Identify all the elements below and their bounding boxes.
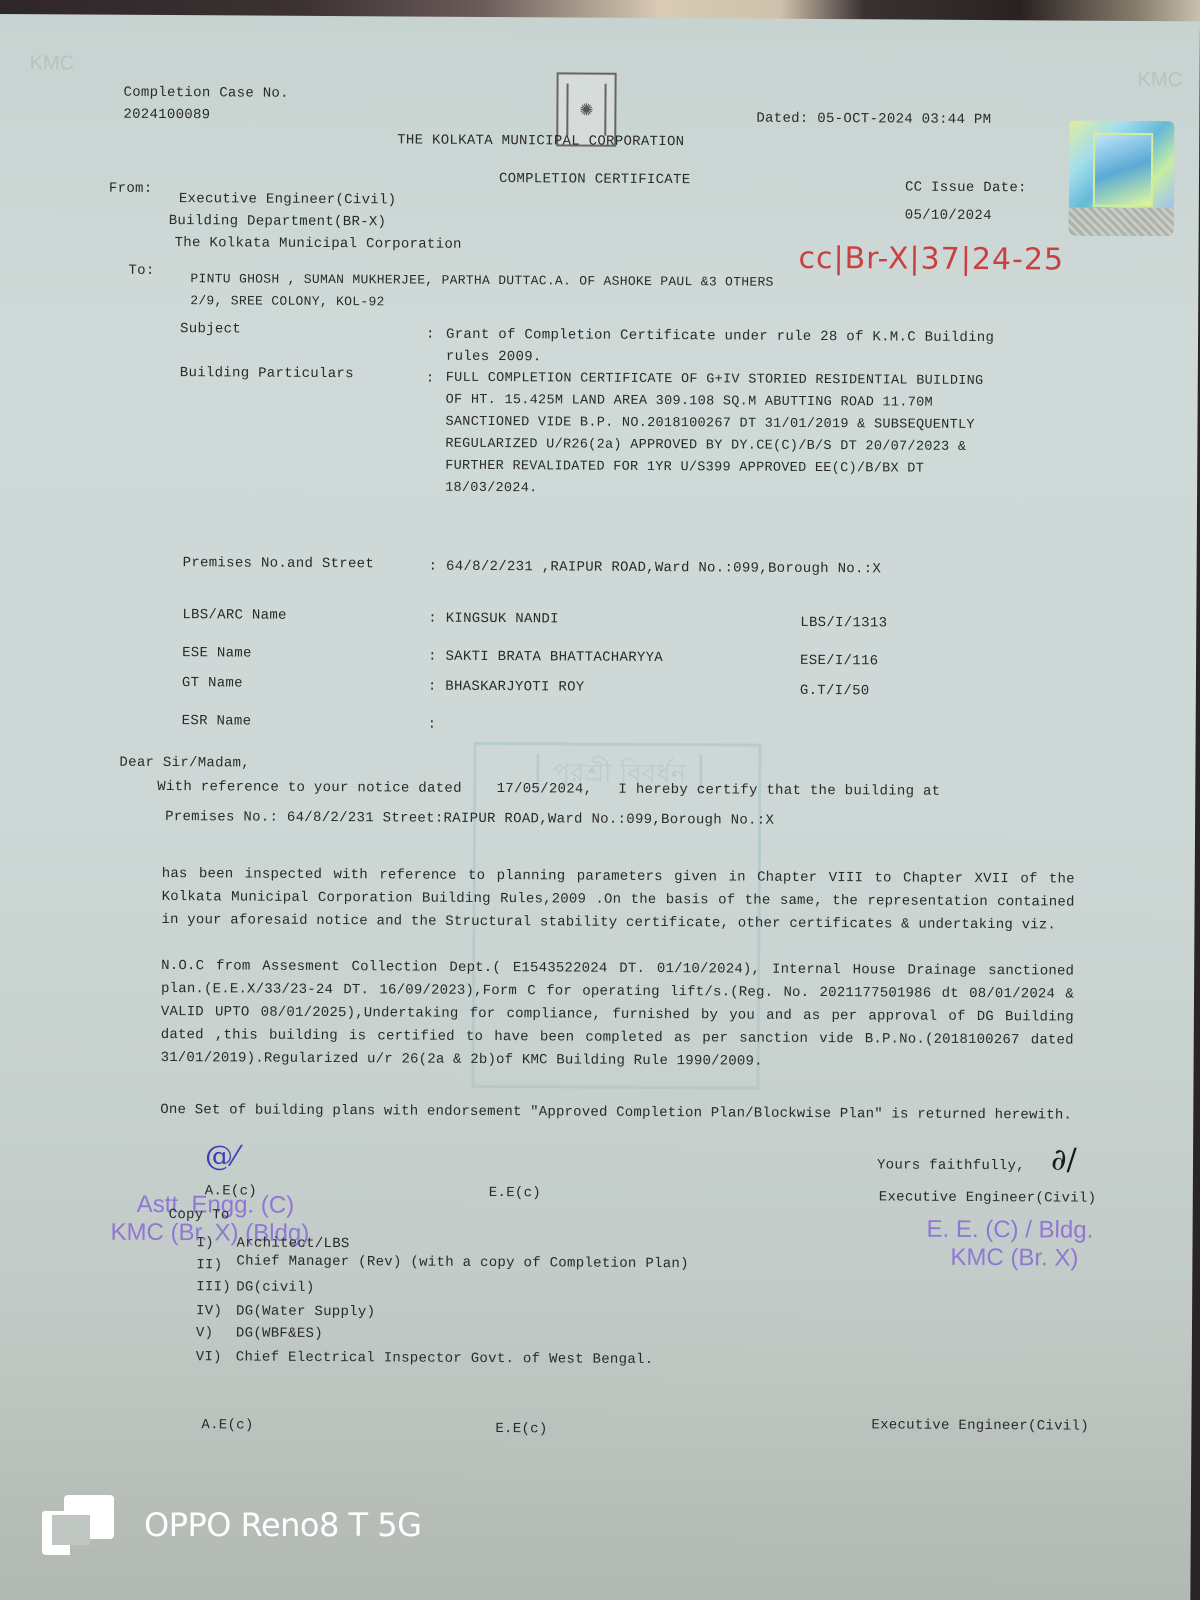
ee-signature: ∂∕ bbox=[1051, 1142, 1077, 1177]
hologram-sticker-icon bbox=[1069, 121, 1175, 237]
field-label: GT Name bbox=[182, 675, 243, 691]
stamp-right-line-2: KMC (Br. X) bbox=[950, 1244, 1078, 1273]
field-value: : bbox=[428, 717, 437, 733]
letter-paragraph-2: N.O.C from Assesment Collection Dept.( E… bbox=[161, 955, 1075, 1076]
case-label: Completion Case No. bbox=[123, 85, 288, 102]
footer-exec-label: Executive Engineer(Civil) bbox=[871, 1417, 1089, 1434]
kmc-watermark-left: KMC bbox=[30, 52, 75, 75]
copy-to-item: DG(WBF&ES) bbox=[236, 1325, 323, 1342]
letter-paragraph-3: One Set of building plans with endorseme… bbox=[160, 1099, 1073, 1128]
case-number: 2024100089 bbox=[123, 107, 210, 124]
handwritten-reference: cc|Br-X|37|24-25 bbox=[798, 241, 1064, 278]
doc-title: COMPLETION CERTIFICATE bbox=[499, 171, 691, 188]
field-label: ESR Name bbox=[182, 713, 252, 729]
copy-to-item: Chief Electrical Inspector Govt. of West… bbox=[236, 1349, 654, 1368]
subject-colon: : bbox=[426, 327, 435, 343]
field-label: ESE Name bbox=[182, 645, 252, 661]
ae-initials-signature: @⁄ bbox=[205, 1139, 238, 1172]
copy-to-item: DG(Water Supply) bbox=[236, 1303, 375, 1320]
footer-ee-label: E.E(c) bbox=[495, 1421, 547, 1437]
to-label: To: bbox=[128, 263, 154, 279]
subject-line-1: Grant of Completion Certificate under ru… bbox=[446, 327, 994, 346]
from-label: From: bbox=[109, 181, 153, 197]
field-value: : 64/8/2/231 ,RAIPUR ROAD,Ward No.:099,B… bbox=[429, 559, 882, 578]
subject-label: Subject bbox=[180, 321, 241, 337]
letter-premises: Premises No.: 64/8/2/231 Street:RAIPUR R… bbox=[165, 809, 774, 829]
field-code: ESE/I/116 bbox=[800, 653, 878, 669]
particulars-colon: : bbox=[426, 371, 435, 387]
letter-intro: With reference to your notice dated 17/0… bbox=[157, 779, 940, 800]
letter-paragraph-1: has been inspected with reference to pla… bbox=[161, 863, 1074, 938]
certificate-paper: KMC KMC Completion Case No. 2024100089 ✺… bbox=[0, 14, 1200, 1600]
particulars-label: Building Particulars bbox=[180, 365, 354, 382]
field-label: Premises No.and Street bbox=[183, 555, 375, 572]
camera-watermark: OPPO Reno8 T 5G bbox=[42, 1495, 421, 1555]
from-line-2: Building Department(BR-X) bbox=[169, 213, 387, 230]
kmc-watermark-right: KMC bbox=[1138, 69, 1183, 92]
field-code: G.T/I/50 bbox=[800, 683, 870, 699]
copy-to-number: IV) bbox=[196, 1303, 222, 1319]
camera-watermark-text: OPPO Reno8 T 5G bbox=[144, 1506, 421, 1544]
ee-label: E.E(c) bbox=[489, 1185, 541, 1201]
copy-to-label: Copy To bbox=[169, 1207, 230, 1223]
copy-to-item: Architect/LBS bbox=[236, 1235, 349, 1252]
copy-to-number: II) bbox=[196, 1257, 222, 1273]
subject-line-2: rules 2009. bbox=[446, 349, 542, 366]
field-code: LBS/I/1313 bbox=[800, 615, 887, 632]
field-value: : SAKTI BRATA BHATTACHARYYA bbox=[428, 649, 663, 666]
copy-to-item: Chief Manager (Rev) (with a copy of Comp… bbox=[236, 1253, 689, 1272]
field-value: : KINGSUK NANDI bbox=[428, 611, 559, 628]
dated: Dated: 05-OCT-2024 03:44 PM bbox=[756, 111, 991, 128]
exec-engineer-label: Executive Engineer(Civil) bbox=[879, 1189, 1097, 1206]
copy-to-number: III) bbox=[196, 1279, 231, 1295]
field-label: LBS/ARC Name bbox=[182, 607, 287, 624]
particulars-line: FULL COMPLETION CERTIFICATE OF G+IV STOR… bbox=[446, 371, 984, 389]
particulars-line: 18/03/2024. bbox=[445, 481, 538, 497]
to-line-1: PINTU GHOSH , SUMAN MUKHERJEE, PARTHA DU… bbox=[190, 271, 773, 290]
copy-to-number: VI) bbox=[196, 1349, 222, 1365]
salutation: Dear Sir/Madam, bbox=[119, 755, 250, 772]
from-line-3: The Kolkata Municipal Corporation bbox=[175, 235, 462, 253]
cc-issue-date: 05/10/2024 bbox=[905, 208, 992, 225]
yours-faithfully: Yours faithfully, bbox=[877, 1157, 1025, 1174]
copy-to-number: V) bbox=[196, 1325, 214, 1341]
particulars-line: SANCTIONED VIDE B.P. NO.2018100267 DT 31… bbox=[445, 415, 974, 433]
to-line-2: 2/9, SREE COLONY, KOL-92 bbox=[190, 293, 385, 309]
particulars-line: FURTHER REVALIDATED FOR 1YR U/S399 APPRO… bbox=[445, 459, 924, 477]
camera-brand-icon bbox=[42, 1495, 114, 1555]
copy-to-number: I) bbox=[196, 1235, 214, 1251]
particulars-line: REGULARIZED U/R26(2a) APPROVED BY DY.CE(… bbox=[445, 437, 966, 455]
from-line-1: Executive Engineer(Civil) bbox=[179, 191, 397, 208]
field-value: : BHASKARJYOTI ROY bbox=[428, 679, 585, 696]
stamp-right-line-1: E. E. (C) / Bldg. bbox=[927, 1216, 1094, 1245]
org-name: THE KOLKATA MUNICIPAL CORPORATION bbox=[397, 132, 684, 150]
cc-issue-label: CC Issue Date: bbox=[905, 180, 1027, 197]
copy-to-item: DG(civil) bbox=[236, 1279, 314, 1295]
particulars-line: OF HT. 15.425M LAND AREA 309.108 SQ.M AB… bbox=[446, 393, 933, 411]
footer-ae-label: A.E(c) bbox=[201, 1417, 253, 1433]
